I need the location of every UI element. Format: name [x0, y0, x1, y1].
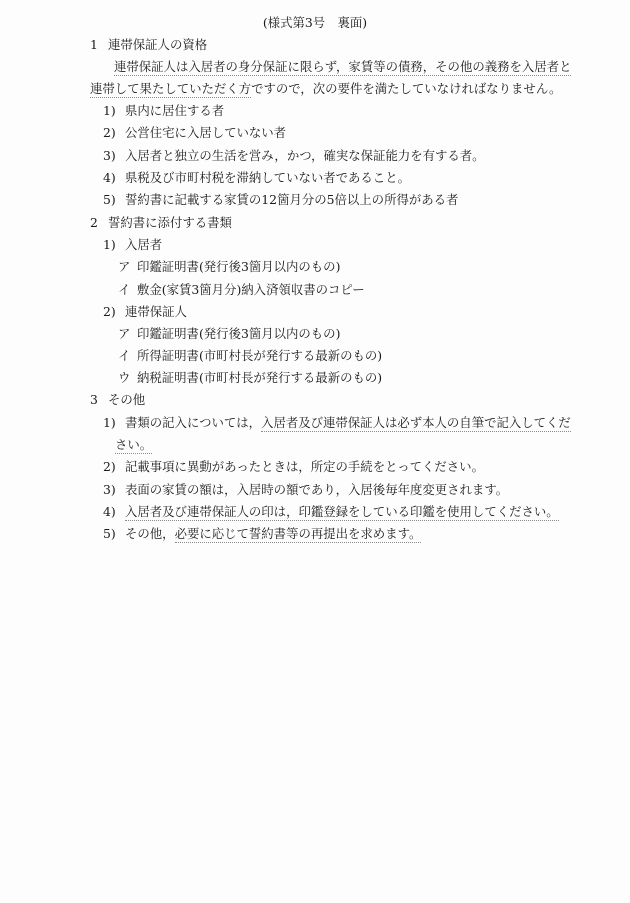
item-number: 1) [103, 103, 125, 119]
underlined-text: 入居者及び連帯保証人の印は，印鑑登録をしている印鑑を使用してください。 [125, 504, 559, 521]
section-title: その他 [108, 392, 145, 407]
list-item: 4)県税及び市町村税を滞納していない者であること。 [103, 170, 410, 186]
list-item: 3)入居者と独立の生活を営み，かつ，確実な保証能力を有する者。 [103, 148, 485, 164]
item-number: 5) [103, 526, 125, 542]
item-text: 誓約書に記載する家賃の12箇月分の5倍以上の所得がある者 [125, 192, 458, 207]
item-text: 納税証明書(市町村長が発行する最新のもの) [137, 370, 382, 385]
item-text: 表面の家賃の額は，入居時の額であり，入居後毎年度変更されます。 [125, 482, 508, 497]
item-text: 書類の記入については， [125, 415, 261, 430]
item-number: 2) [103, 125, 125, 141]
item-text: 県内に居住する者 [125, 103, 224, 118]
item-number: 1) [103, 415, 125, 431]
paragraph-text: ですので，次の要件を満たしていなければなりません。 [251, 81, 561, 96]
item-number: 3) [103, 148, 125, 164]
list-item: 5)その他，必要に応じて誓約書等の再提出を求めます。 [103, 526, 421, 542]
item-mark: イ [118, 282, 137, 298]
group-heading-resident: 1)入居者 [103, 237, 162, 253]
section-2-heading: 2誓約書に添付する書類 [90, 215, 232, 231]
item-text: 入居者と独立の生活を営み，かつ，確実な保証能力を有する者。 [125, 148, 485, 163]
form-label: (様式第3号 裏面) [0, 15, 630, 31]
item-text: 記載事項に異動があったときは，所定の手続をとってください。 [125, 459, 484, 474]
underlined-text: 連帯保証人は入居者の身分保証に限らず，家賃等の債務，その他の義務を入居者と [114, 59, 571, 76]
list-item: 3)表面の家賃の額は，入居時の額であり，入居後毎年度変更されます。 [103, 482, 508, 498]
group-heading-guarantor: 2)連帯保証人 [103, 304, 187, 320]
item-text: 敷金(家賃3箇月分)納入済領収書のコピー [137, 282, 365, 297]
section-number: 1 [90, 37, 108, 53]
item-number: 2) [103, 459, 125, 475]
group-number: 1) [103, 237, 125, 253]
item-number: 3) [103, 482, 125, 498]
list-item: 4)入居者及び連帯保証人の印は，印鑑登録をしている印鑑を使用してください。 [103, 504, 559, 520]
item-text: 公営住宅に入居していない者 [125, 125, 286, 140]
item-mark: ア [118, 259, 137, 275]
list-item: 2)記載事項に異動があったときは，所定の手続をとってください。 [103, 459, 484, 475]
list-item: 5)誓約書に記載する家賃の12箇月分の5倍以上の所得がある者 [103, 192, 458, 208]
list-item-continuation: さい。 [115, 437, 152, 453]
item-text: 所得証明書(市町村長が発行する最新のもの) [137, 348, 382, 363]
underlined-text: 連帯して果たしていただく方 [90, 81, 251, 98]
list-item: 2)公営住宅に入居していない者 [103, 125, 286, 141]
list-item: 1)書類の記入については，入居者及び連帯保証人は必ず本人の自筆で記入してくだ [103, 415, 571, 431]
list-item: ア印鑑証明書(発行後3箇月以内のもの) [118, 326, 340, 342]
section-title: 誓約書に添付する書類 [108, 215, 232, 230]
list-item: イ所得証明書(市町村長が発行する最新のもの) [118, 348, 382, 364]
item-number: 5) [103, 192, 125, 208]
item-mark: ア [118, 326, 137, 342]
group-title: 連帯保証人 [125, 304, 187, 319]
section-1-paragraph-line-2: 連帯して果たしていただく方ですので，次の要件を満たしていなければなりません。 [90, 81, 561, 97]
item-number: 4) [103, 170, 125, 186]
underlined-text: さい。 [115, 437, 152, 454]
section-1-paragraph-line-1: 連帯保証人は入居者の身分保証に限らず，家賃等の債務，その他の義務を入居者と [114, 59, 571, 75]
item-number: 4) [103, 504, 125, 520]
item-mark: ウ [118, 370, 137, 386]
list-item: イ敷金(家賃3箇月分)納入済領収書のコピー [118, 282, 365, 298]
item-text: 印鑑証明書(発行後3箇月以内のもの) [137, 326, 340, 341]
item-mark: イ [118, 348, 137, 364]
item-text: 印鑑証明書(発行後3箇月以内のもの) [137, 259, 340, 274]
section-title: 連帯保証人の資格 [108, 37, 207, 52]
item-text: その他， [125, 526, 175, 541]
group-number: 2) [103, 304, 125, 320]
section-number: 3 [90, 392, 108, 408]
item-text: 県税及び市町村税を滞納していない者であること。 [125, 170, 410, 185]
document-page: (様式第3号 裏面) 1連帯保証人の資格 連帯保証人は入居者の身分保証に限らず，… [0, 0, 630, 903]
list-item: ウ納税証明書(市町村長が発行する最新のもの) [118, 370, 382, 386]
underlined-text: 必要に応じて誓約書等の再提出を求めます。 [175, 526, 422, 543]
section-3-heading: 3その他 [90, 392, 145, 408]
list-item: ア印鑑証明書(発行後3箇月以内のもの) [118, 259, 340, 275]
group-title: 入居者 [125, 237, 162, 252]
list-item: 1)県内に居住する者 [103, 103, 224, 119]
section-number: 2 [90, 215, 108, 231]
underlined-text: 入居者及び連帯保証人は必ず本人の自筆で記入してくだ [261, 415, 571, 432]
section-1-heading: 1連帯保証人の資格 [90, 37, 207, 53]
